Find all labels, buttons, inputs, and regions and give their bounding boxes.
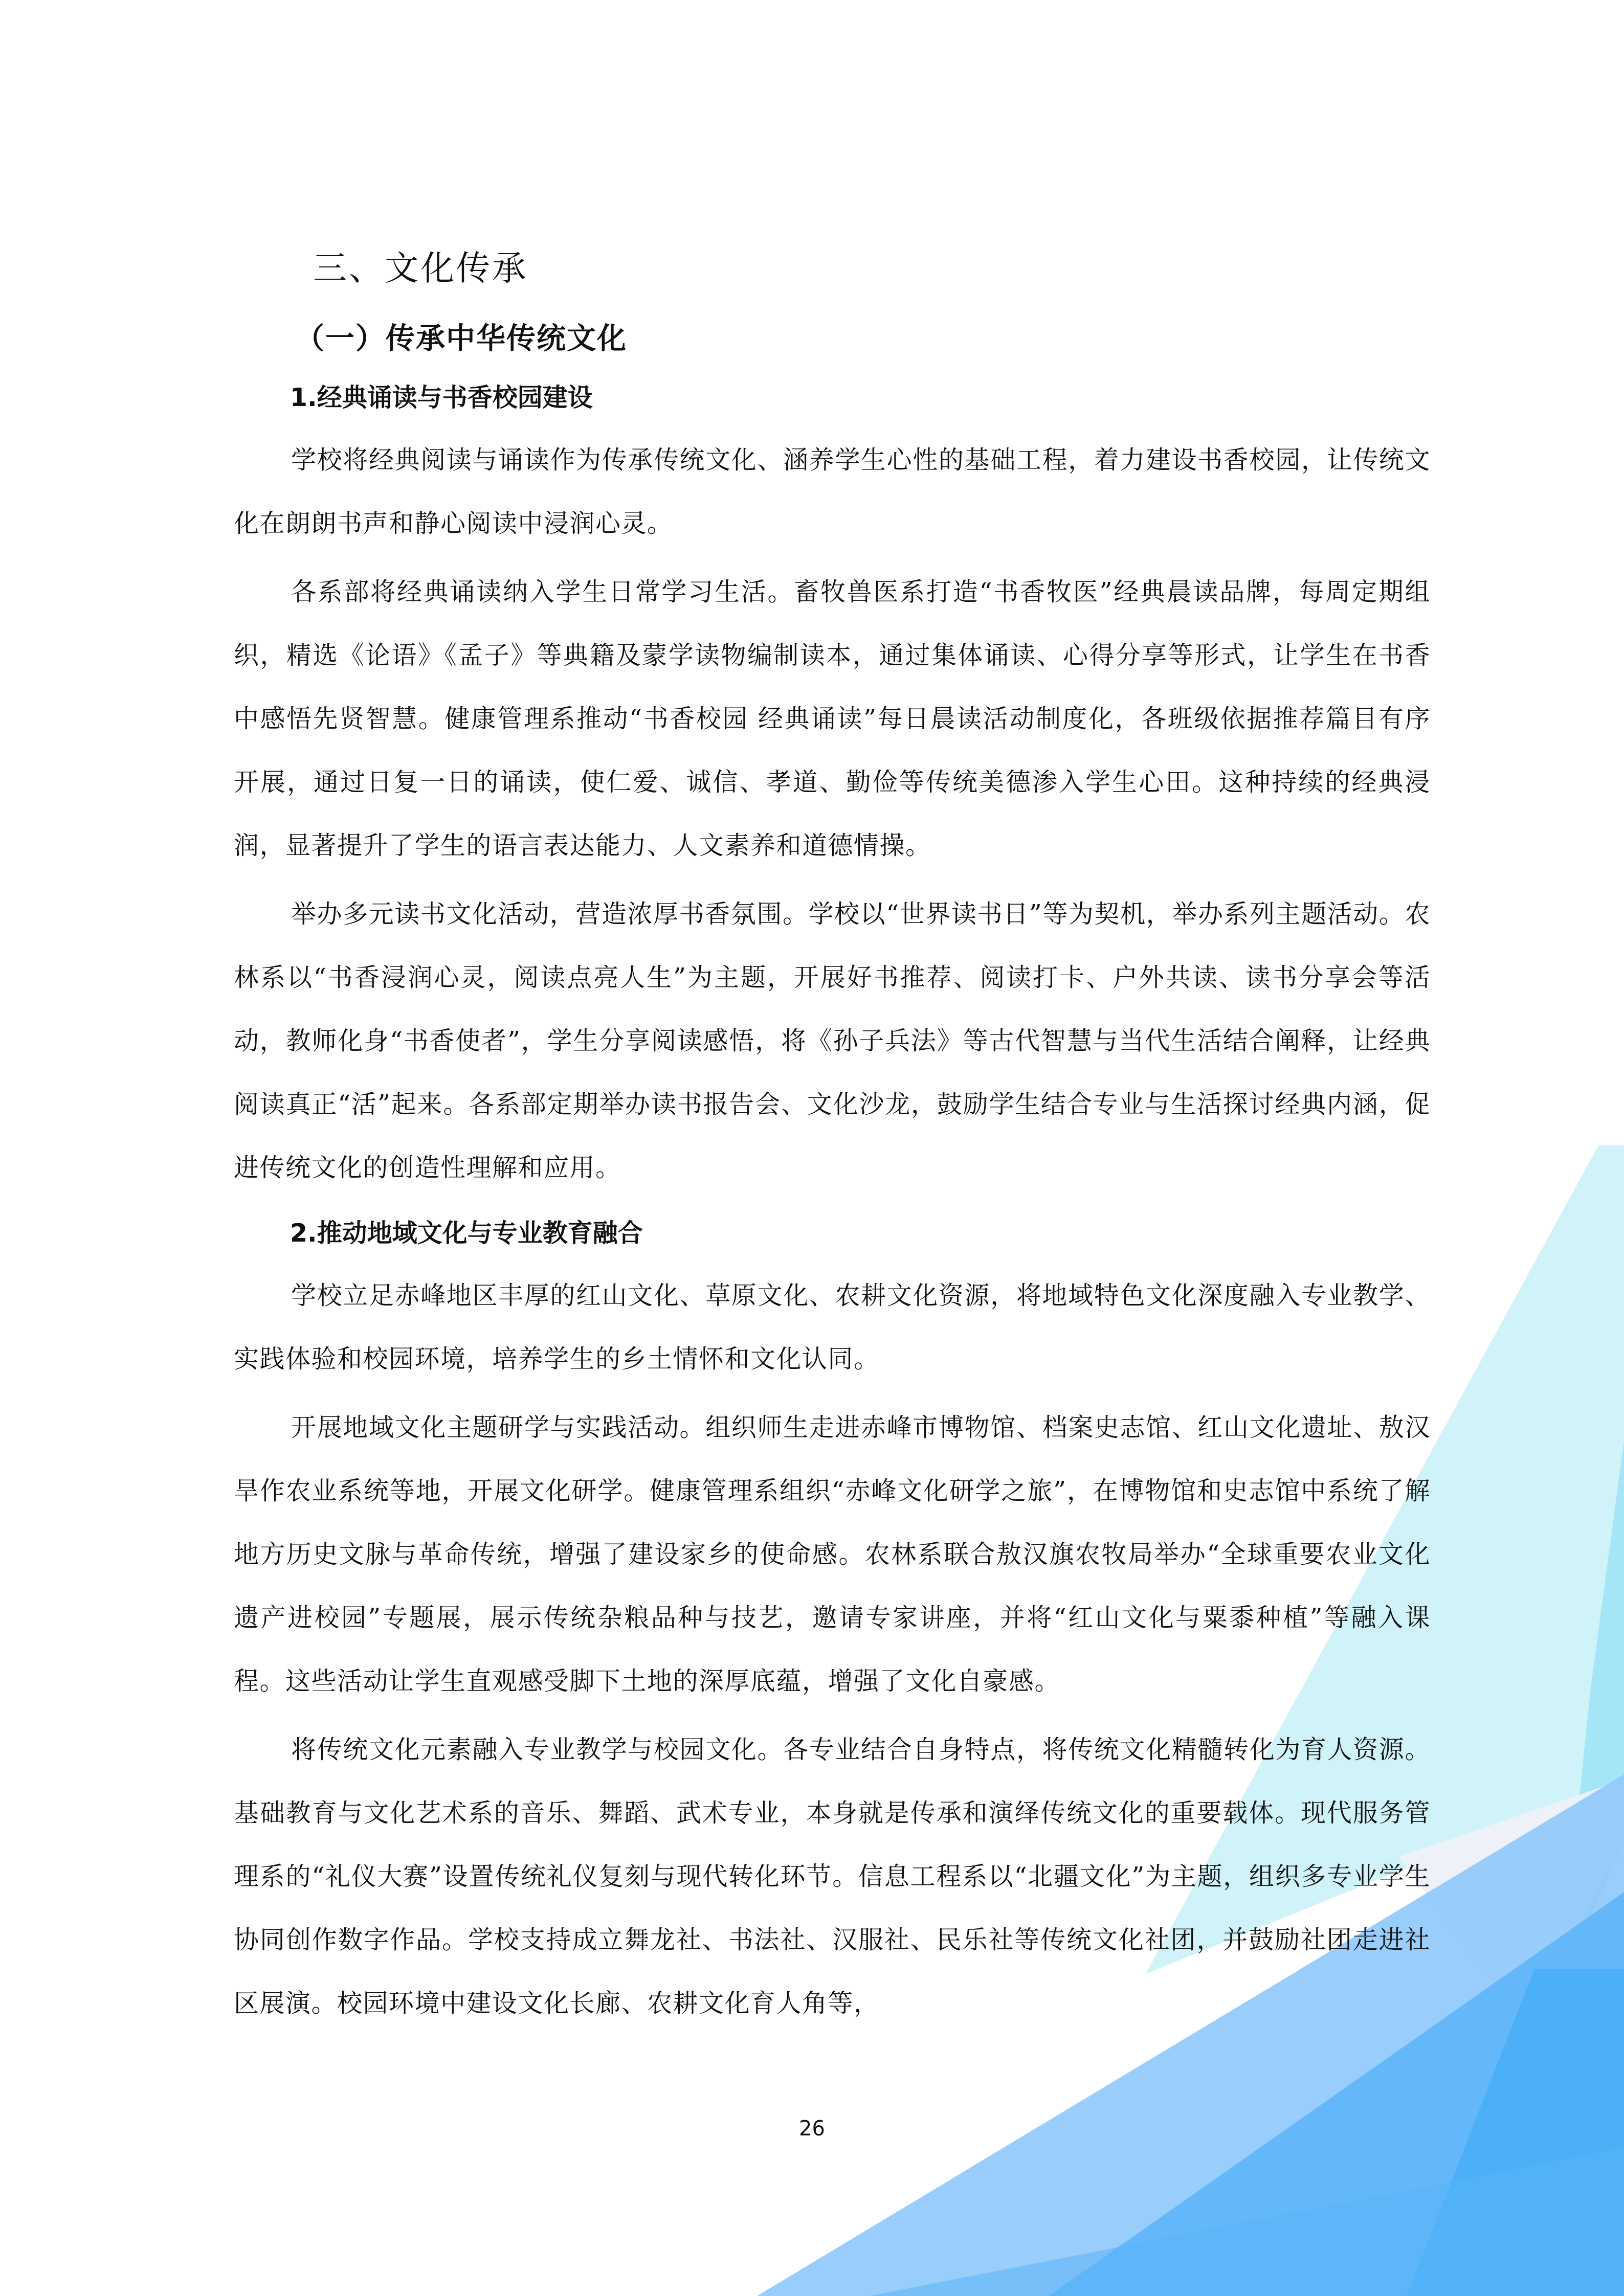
paragraph: 将传统文化元素融入专业教学与校园文化。各专业结合自身特点，将传统文化精髓转化为育… xyxy=(234,1718,1431,2035)
paragraph: 开展地域文化主题研学与实践活动。组织师生走进赤峰市博物馆、档案史志馆、红山文化遗… xyxy=(234,1396,1431,1713)
paragraph: 学校立足赤峰地区丰厚的红山文化、草原文化、农耕文化资源，将地域特色文化深度融入专… xyxy=(234,1264,1431,1391)
document-page: 三、文化传承 （一）传承中华传统文化 1.经典诵读与书香校园建设 学校将经典阅读… xyxy=(0,0,1624,2296)
deco-band-bottom xyxy=(870,2148,1624,2296)
block-heading-2: 2.推动地域文化与专业教育融合 xyxy=(290,1208,1431,1259)
paragraph: 举办多元读书文化活动，营造浓厚书香氛围。学校以“世界读书日”等为契机，举办系列主… xyxy=(234,883,1431,1200)
paragraph: 各系部将经典诵读纳入学生日常学习生活。畜牧兽医系打造“书香牧医”经典晨读品牌，每… xyxy=(234,560,1431,877)
deco-triangle-lavender xyxy=(1399,1780,1624,2025)
page-number: 26 xyxy=(0,2117,1624,2141)
paragraph: 学校将经典阅读与诵读作为传承传统文化、涵养学生心性的基础工程，着力建设书香校园，… xyxy=(234,429,1431,555)
deco-triangle-cyan xyxy=(1560,1442,1624,1984)
section-title: 三、文化传承 xyxy=(313,240,1431,297)
document-body: 三、文化传承 （一）传承中华传统文化 1.经典诵读与书香校园建设 学校将经典阅读… xyxy=(234,240,1431,2035)
subsection-title: （一）传承中华传统文化 xyxy=(295,313,1431,364)
block-heading-1: 1.经典诵读与书香校园建设 xyxy=(290,372,1431,423)
